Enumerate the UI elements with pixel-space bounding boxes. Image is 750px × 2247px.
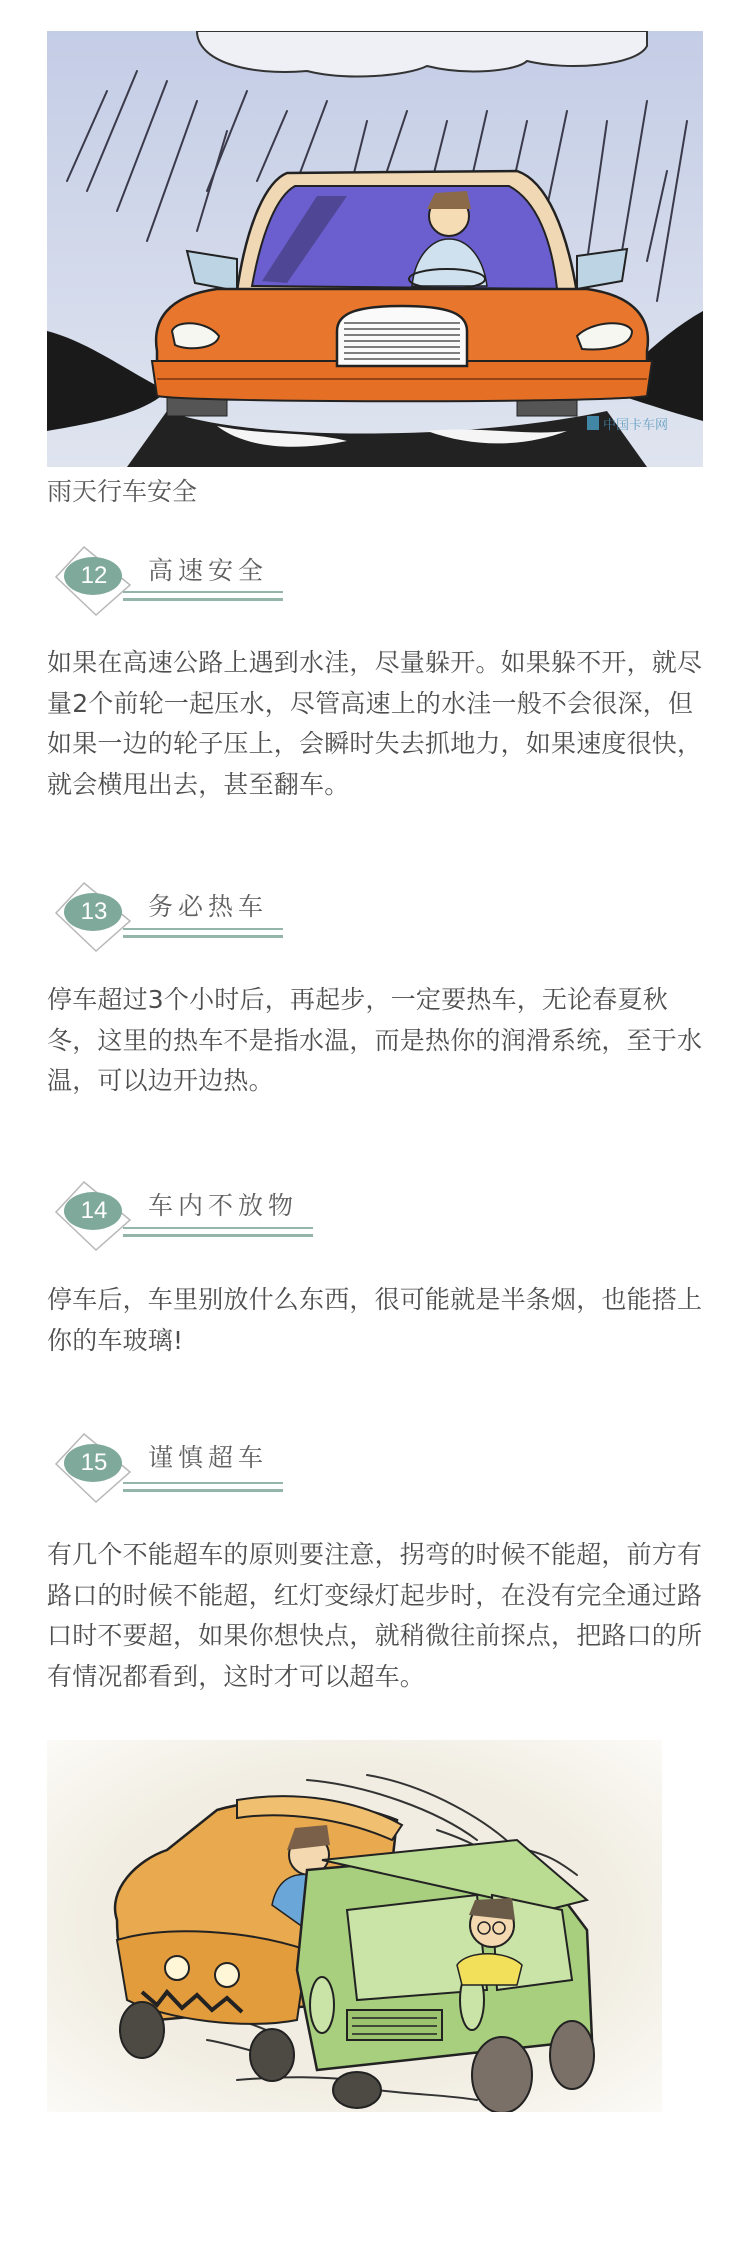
section-heading-12: 12 高速安全 (52, 545, 352, 617)
section-number: 15 (65, 1444, 123, 1482)
section-body-12: 如果在高速公路上遇到水洼，尽量躲开。如果躲不开，就尽量2个前轮一起压水，尽管高速… (47, 643, 707, 805)
section-body-13: 停车超过3个小时后，再起步，一定要热车，无论春夏秋冬，这里的热车不是指水温，而是… (47, 980, 707, 1102)
rain-car-drawing: 中国卡车网 (47, 31, 703, 467)
rain-driving-illustration: 中国卡车网 (47, 31, 703, 467)
section-number: 12 (65, 557, 123, 595)
section-body-14: 停车后，车里别放什么东西，很可能就是半条烟，也能搭上你的车玻璃! (47, 1280, 707, 1361)
heading-underline-thick (123, 1489, 283, 1492)
overtaking-cars-illustration (47, 1740, 662, 2112)
heading-underline-thick (123, 1234, 313, 1237)
heading-underline-thin (123, 1482, 283, 1484)
heading-underline-thin (123, 1227, 313, 1229)
section-title: 谨慎超车 (148, 1442, 268, 1474)
section-heading-14: 14 车内不放物 (52, 1180, 352, 1252)
section-title: 车内不放物 (148, 1190, 298, 1222)
overtaking-cars-drawing (47, 1740, 662, 2112)
section-number: 14 (65, 1192, 123, 1230)
heading-underline-thin (123, 591, 283, 593)
section-body-15: 有几个不能超车的原则要注意，拐弯的时候不能超，前方有路口的时候不能超，红灯变绿灯… (47, 1535, 707, 1697)
section-heading-15: 15 谨慎超车 (52, 1432, 352, 1504)
figure-caption: 雨天行车安全 (47, 476, 197, 508)
heading-underline-thick (123, 935, 283, 938)
section-heading-13: 13 务必热车 (52, 881, 352, 953)
heading-underline-thick (123, 598, 283, 601)
section-number: 13 (65, 893, 123, 931)
heading-underline-thin (123, 928, 283, 930)
section-title: 高速安全 (148, 555, 268, 587)
section-title: 务必热车 (148, 891, 268, 923)
svg-text:中国卡车网: 中国卡车网 (603, 417, 668, 433)
